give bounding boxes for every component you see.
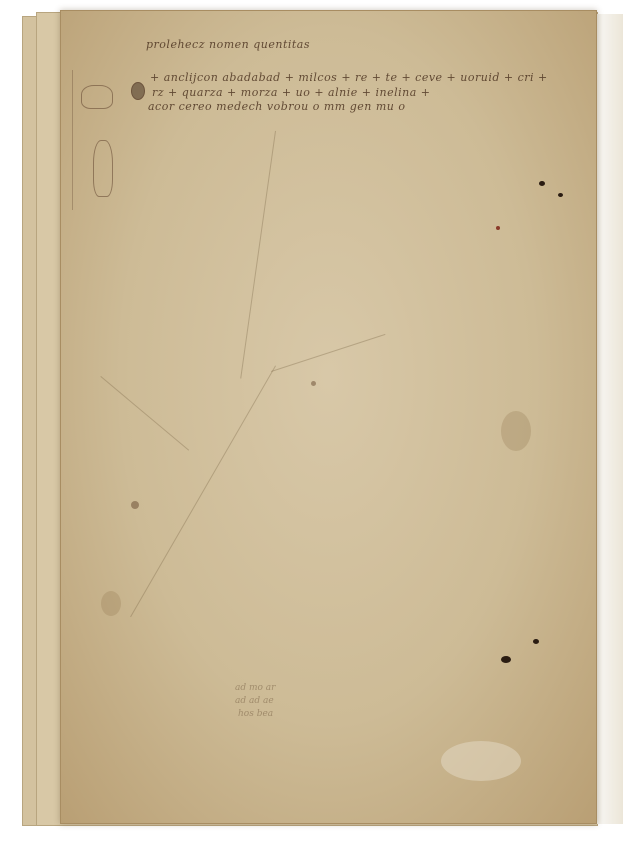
crease [100, 376, 189, 451]
seal-mark-icon [131, 82, 145, 100]
text-line-1: + anclijcon abadabad + milcos + re + te … [150, 71, 548, 84]
wormhole [539, 181, 545, 186]
text-line-2: rz + quarza + morza + uo + alnie + ineli… [152, 86, 430, 99]
crease [240, 131, 276, 379]
header-line: prolehecz nomen quentitas [146, 38, 310, 51]
ink-spot [311, 381, 316, 386]
ink-spot [496, 226, 500, 230]
wormhole [533, 639, 539, 644]
marginal-drawing [72, 70, 133, 210]
stain [501, 411, 531, 451]
ink-spot [131, 501, 139, 509]
wormhole [501, 656, 511, 663]
figure-sketch-lower [93, 140, 113, 197]
stain [441, 741, 521, 781]
manuscript-page [60, 10, 597, 824]
crease [130, 366, 276, 618]
crease [271, 334, 385, 372]
faint-text-2: ad ad ae [235, 696, 274, 706]
text-line-3: acor cereo medech vobrou o mm gen mu o [148, 100, 405, 113]
wormhole [558, 193, 563, 197]
stain [101, 591, 121, 616]
faint-text-3: hos bea [238, 709, 273, 719]
faint-text-1: ad mo ar [235, 683, 275, 693]
figure-sketch-upper [81, 85, 113, 109]
